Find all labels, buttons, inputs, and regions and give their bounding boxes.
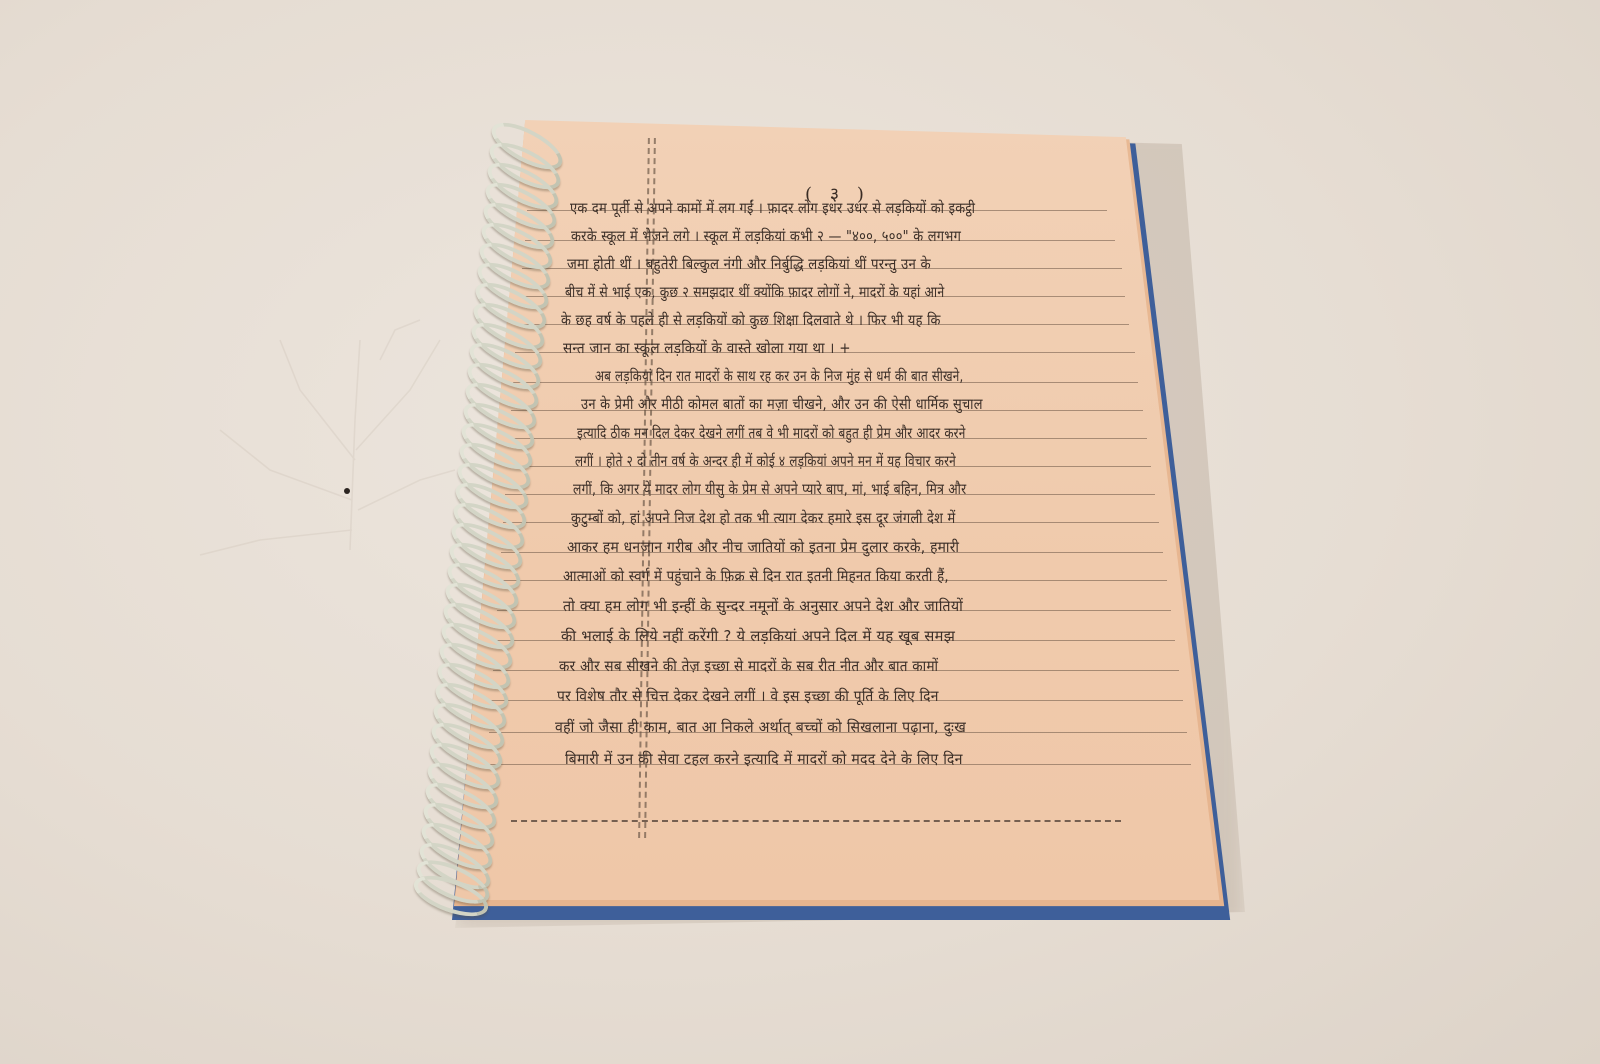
text-line: के छह वर्ष के पहले ही से लड़कियों को कुछ… <box>561 310 941 330</box>
text-line: लगीं, कि अगर ये मादर लोग यीसु के प्रेम स… <box>573 479 966 499</box>
text-line: आकर हम धनजान गरीब और नीच जातियों को इतना… <box>567 537 959 557</box>
text-line: जमा होती थीं । बहुतेरी बिल्कुल नंगी और न… <box>567 254 931 274</box>
text-line: वहीं जो जैसा ही काम, बात आ निकले अर्थात्… <box>555 717 966 737</box>
text-line: बीच में से भाई एक, कुछ २ समझदार थीं क्यो… <box>565 282 944 302</box>
page-content: ( ३ ) एक दम पूर्ती से अपने कामों में लग … <box>455 120 1235 900</box>
text-line: तो क्या हम लोग भी इन्हीं के सुन्दर नमूनो… <box>563 596 963 616</box>
text-line: सन्त जान का स्कूल लड़कियों के वास्ते खोल… <box>563 338 851 358</box>
text-line: कुटुम्बों को, हां अपने निज देश हो तक भी … <box>571 508 956 528</box>
text-line: करके स्कूल में भेजने लगे । स्कूल में लड़… <box>571 226 961 246</box>
text-line: एक दम पूर्ती से अपने कामों में लग गईं । … <box>570 198 975 218</box>
text-line: उन के प्रेमी और मीठी कोमल बातों का मज़ा … <box>581 394 983 414</box>
text-line: कर और सब सीखने की तेज़ इच्छा से मादरों क… <box>559 656 938 676</box>
text-line: की भलाई के लिये नहीं करेंगी ? ये लड़किया… <box>561 626 955 646</box>
text-line: बिमारी में उन की सेवा टहल करने इत्यादि म… <box>565 749 963 769</box>
fabric-pattern <box>180 300 460 560</box>
end-of-text-rule <box>511 820 1121 822</box>
text-line: इत्यादि ठीक मन दिल देकर देखने लगीं तब वे… <box>577 423 966 443</box>
text-line: लगीं । होते २ दो तीन वर्ष के अन्दर ही मे… <box>575 451 956 471</box>
text-line: अब लड़कियां दिन रात मादरों के साथ रह कर … <box>595 366 963 386</box>
text-line: आत्माओं को स्वर्ग में पहुंचाने के फ़िक्र… <box>563 566 949 586</box>
text-line: पर विशेष तौर से चित्त देकर देखने लगीं । … <box>557 686 939 706</box>
dark-speck <box>344 488 350 494</box>
